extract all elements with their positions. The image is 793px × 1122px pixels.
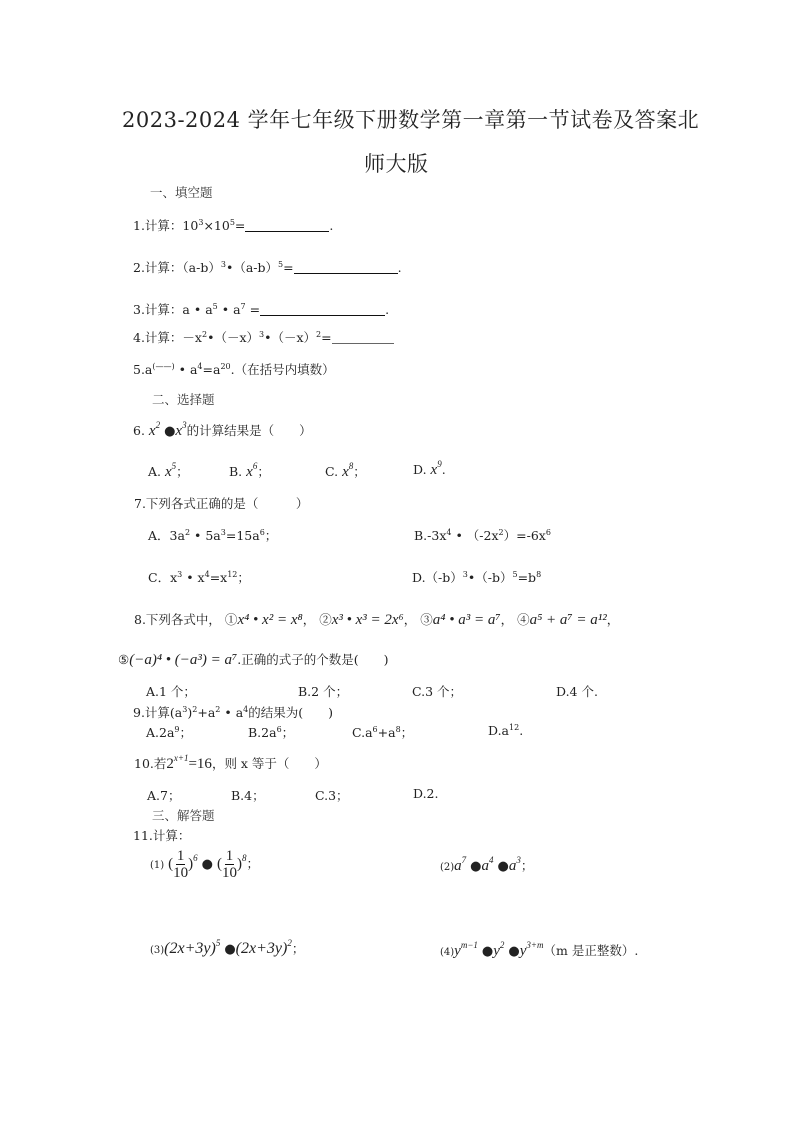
q11-part-3: (3)(2x+3y)5 ●(2x+3y)2； xyxy=(150,939,304,958)
q9-option-d[interactable]: D.a12. xyxy=(488,723,523,738)
answer-blank-1[interactable] xyxy=(245,219,329,232)
q8-option-b[interactable]: B.2 个； xyxy=(298,682,348,700)
q8-option-d[interactable]: D.4 个. xyxy=(556,682,598,700)
answer-blank-5[interactable]: (——) xyxy=(152,362,174,371)
question-4: 4.计算：－x2•（－x）3•（－x）2= xyxy=(133,328,394,346)
q10-option-d[interactable]: D.2. xyxy=(413,786,438,801)
question-9: 9.计算(a3)2+a2 • a4的结果为( ) xyxy=(133,703,333,721)
question-11: 11.计算： xyxy=(133,826,190,844)
q6-option-b[interactable]: B. x6； xyxy=(229,462,270,481)
question-2: 2.计算：（a-b）3•（a-b）5=. xyxy=(133,258,402,276)
answer-blank-3[interactable] xyxy=(260,303,385,316)
q10-option-a[interactable]: A.7； xyxy=(147,786,180,804)
section-heading-solve: 三、解答题 xyxy=(152,806,215,824)
answer-blank-2[interactable] xyxy=(294,261,398,274)
q9-option-c[interactable]: C.a6+a8； xyxy=(352,723,413,741)
question-8: 8.下列各式中， ①x⁴ • x² = x⁸， ②x³ • x³ = 2x⁶， … xyxy=(134,610,619,629)
q10-option-b[interactable]: B.4； xyxy=(231,786,265,804)
q10-option-c[interactable]: C.3； xyxy=(315,786,349,804)
question-5: 5.a(——) • a4=a20.（在括号内填数） xyxy=(133,360,335,378)
question-3: 3.计算：a • a5 • a7 =. xyxy=(133,300,389,318)
q11-part-4: (4)ym−1 ●y2 ●y3+m（m 是正整数）. xyxy=(440,941,638,960)
question-10: 10.若2x+1=16，则 x 等于（ ） xyxy=(134,754,327,773)
q9-option-a[interactable]: A.2a9； xyxy=(146,723,192,741)
section-heading-choice: 二、选择题 xyxy=(152,390,215,408)
q6-option-c[interactable]: C. x8； xyxy=(325,462,366,481)
q7-option-d[interactable]: D.（-b）3•（-b）5=b8 xyxy=(412,568,541,586)
q11-part-1: (1) (110)6 ● (110)8； xyxy=(150,848,259,881)
document-title-line1: 2023-2024 学年七年级下册数学第一章第一节试卷及答案北 xyxy=(122,104,699,134)
question-7: 7.下列各式正确的是（ ） xyxy=(134,494,308,512)
q11-part-2: (2)a7 ●a4 ●a3； xyxy=(440,856,533,875)
q8-option-a[interactable]: A.1 个； xyxy=(146,682,196,700)
question-8-continued: ⑤(−a)⁴ • (−a³) = a⁷.正确的式子的个数是( ) xyxy=(118,650,388,669)
document-title-line2: 师大版 xyxy=(364,148,429,178)
question-1: 1.计算：103×105=. xyxy=(133,216,333,234)
question-6: 6. x2 ●x3的计算结果是（ ） xyxy=(133,421,312,440)
q7-option-c[interactable]: C．x3 • x4=x12； xyxy=(148,568,250,586)
q6-option-d[interactable]: D. x9. xyxy=(413,462,446,479)
q9-option-b[interactable]: B.2a6； xyxy=(248,723,294,741)
q6-option-a[interactable]: A. x5； xyxy=(148,462,189,481)
q7-option-b[interactable]: B.-3x4 • （-2x2）=-6x6 xyxy=(414,526,551,544)
section-heading-fill: 一、填空题 xyxy=(150,183,213,201)
q8-option-c[interactable]: C.3 个； xyxy=(412,682,462,700)
q7-option-a[interactable]: A．3a2 • 5a3=15a6； xyxy=(148,526,277,544)
answer-blank-4[interactable] xyxy=(332,331,394,344)
